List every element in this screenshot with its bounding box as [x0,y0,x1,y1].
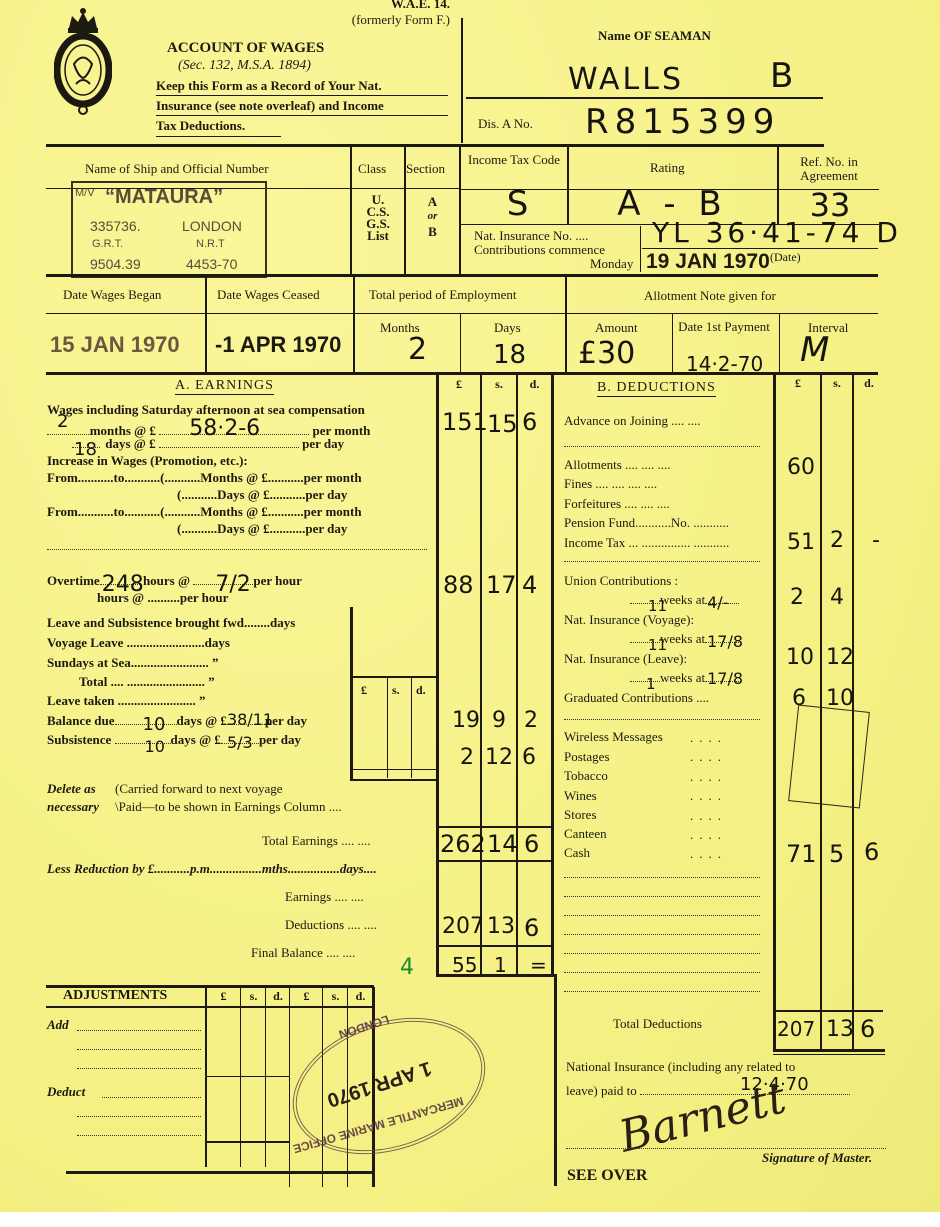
subsistence-pounds[interactable]: 2 [460,745,474,770]
adjustments-title: ADJUSTMENTS [63,988,167,1004]
subsistence-shillings[interactable]: 12 [485,745,513,770]
adj-col-2: s. [242,989,265,1004]
seaman-name-label: Name OF SEAMAN [598,28,711,44]
rating-header: Rating [650,160,685,176]
tax-code-header: Income Tax Code [462,153,566,167]
adjust-add-line-1[interactable] [77,1030,201,1031]
adj-col-3: d. [267,989,289,1004]
adjust-add-line-2[interactable] [77,1049,201,1050]
subsistence-rate[interactable]: 5/3 [227,733,253,752]
ship-port: LONDON [182,218,242,234]
form-code: W.A.E. 14. [345,0,450,12]
overtime-pence[interactable]: 4 [522,571,537,599]
earnings-col-pound: £ [438,377,480,392]
class-options: U.C.S. G.S.List [352,194,404,242]
deductions-pence[interactable]: 6 [524,914,539,942]
date-ceased-header: Date Wages Ceased [217,287,320,303]
earnings-col-shillings: s. [482,377,516,392]
subsistence-label: Subsistence [47,732,111,747]
date-began-header: Date Wages Began [63,287,161,303]
first-payment-header: Date 1st Payment [674,320,774,334]
total-deductions-pounds[interactable]: 207 [777,1017,815,1041]
sundays-at-sea: Sundays at Sea........................ ” [47,655,219,671]
adjust-deduct-line-1[interactable] [102,1097,201,1098]
balance-shillings[interactable]: 9 [492,708,506,733]
leave-col-pence: d. [416,683,426,698]
wage-months-qty[interactable]: 2 [57,411,68,432]
earnings-col-pence: d. [518,377,551,392]
signature-of-master-label: Signature of Master. [762,1150,872,1166]
allotments-pounds[interactable]: 60 [787,455,815,480]
wage-days-text: days @ £ [105,436,155,451]
earnings-subtotal-label: Earnings .... .... [285,889,364,905]
deduction-pension: Pension Fund...........No. ........... [564,515,729,531]
delete-as-label: Delete as [47,781,96,797]
total-deductions-pence[interactable]: 6 [860,1015,875,1043]
overtime-hours-text: hours @ [143,573,190,588]
ni-label-3: Monday [590,256,633,272]
seaman-initial[interactable]: B [770,56,793,96]
months-value[interactable]: 2 [408,332,427,367]
keep-record-line-2: Insurance (see note overleaf) and Income [156,98,384,114]
ni-commence-date[interactable]: 19 JAN 1970 [646,250,770,274]
date-ceased[interactable]: -1 APR 1970 [215,332,341,358]
deduction-income-tax: Income Tax ... ............... .........… [564,535,729,551]
total-earnings-pence[interactable]: 6 [524,830,539,858]
class-header: Class [358,161,386,177]
board-of-trade-crest-icon [54,6,112,116]
cash-pounds[interactable]: 71 [786,840,817,868]
increase-line-2: (...........Days @ £...........per day [177,487,347,503]
necessary-label: necessary [47,799,99,815]
adjust-deduct-line-2[interactable] [77,1116,201,1117]
carried-forward-option: (Carried forward to next voyage [115,781,283,797]
dis-number-label: Dis. A No. [478,116,533,132]
days-value[interactable]: 18 [493,340,526,370]
ni-voyage-label: Nat. Insurance (Voyage): [564,612,694,628]
wage-account-form: W.A.E. 14. (formerly Form F.) ACCOUNT OF… [0,0,940,1212]
subsistence-days[interactable]: 10 [145,737,165,756]
final-balance-label: Final Balance .... .... [251,945,355,961]
deductions-col-pence: d. [854,376,884,391]
deduction-forfeitures: Forfeitures .... .... .... [564,496,670,512]
leave-col-shillings: s. [392,683,400,698]
allotment-header: Allotment Note given for [644,288,776,304]
allotment-amount[interactable]: £30 [578,336,635,371]
union-shillings[interactable]: 4 [830,585,844,610]
ni-voyage-rate[interactable]: 17/8 [707,632,743,651]
balance-due-label: Balance due [47,713,115,728]
ship-official-number: 335736. [90,218,141,234]
deduction-fines: Fines .... .... .... .... [564,476,657,492]
overtime-pounds[interactable]: 88 [443,571,474,599]
total-earnings-shillings[interactable]: 14 [487,830,518,858]
adjust-add-line-3[interactable] [77,1068,201,1069]
adjust-deduct-label: Deduct [47,1084,85,1100]
total-deductions-shillings[interactable]: 13 [826,1017,854,1042]
allotment-interval[interactable]: M [800,330,829,370]
total-earnings-pounds[interactable]: 262 [440,830,486,858]
ship-header: Name of Ship and Official Number [85,161,269,177]
nrt-label: N.R.T [196,238,225,250]
income-tax-pence[interactable]: - [872,528,880,553]
increase-label: Increase in Wages (Promotion, etc.): [47,453,248,469]
wages-pence[interactable]: 6 [522,408,537,436]
total-deductions-label: Total Deductions [613,1016,702,1032]
wages-pounds[interactable]: 151 [442,408,488,436]
grt-value: 9504.39 [90,256,141,272]
less-reduction: Less Reduction by £...........p.m.......… [47,861,377,877]
union-contributions-label: Union Contributions : [564,573,678,589]
misc-canteen: Canteen [564,826,607,842]
date-began[interactable]: 15 JAN 1970 [50,332,180,358]
ni-leave-label: Nat. Insurance (Leave): [564,651,687,667]
total-earnings-label: Total Earnings .... .... [262,833,371,849]
nrt-value: 4453-70 [186,256,237,272]
increase-line-4: (...........Days @ £...........per day [177,521,347,537]
form-formerly: (formerly Form F.) [300,12,450,28]
misc-wireless: Wireless Messages [564,729,663,745]
income-tax-pounds[interactable]: 51 [787,530,815,555]
misc-stores: Stores [564,807,597,823]
deductions-subtotal-label: Deductions .... .... [285,917,377,933]
ref-header: Ref. No. in Agreement [779,155,879,183]
vessel-prefix: M/V [75,187,95,199]
ni-pounds[interactable]: 10 [786,645,814,670]
deductions-col-pound: £ [776,376,820,391]
income-tax-shillings[interactable]: 2 [830,528,844,553]
deductions-title: B. DEDUCTIONS [597,380,716,397]
keep-record-line-3: Tax Deductions. [156,118,245,134]
section-header: Section [406,161,445,177]
earnings-title: A. EARNINGS [175,378,274,395]
deductions-shillings[interactable]: 13 [487,914,515,939]
period-header: Total period of Employment [369,287,516,303]
per-hour-text: per hour [253,573,302,588]
form-title: ACCOUNT OF WAGES [167,40,324,57]
adj-col-6: d. [349,989,372,1004]
receipt-stamp-box [788,705,870,809]
adj-col-4: £ [291,989,322,1004]
amount-header: Amount [595,320,638,336]
form-section-ref: (Sec. 132, M.S.A. 1894) [178,58,311,74]
misc-wines: Wines [564,788,597,804]
subsistence-pence[interactable]: 6 [522,745,536,770]
overtime-line-2: hours @ ..........per hour [97,590,228,606]
see-over: SEE OVER [567,1167,647,1185]
deductions-col-shillings: s. [822,376,852,391]
ni-shillings[interactable]: 12 [826,645,854,670]
subsistence-per-day: per day [259,732,301,747]
increase-line-3: From...........to...........(...........… [47,504,362,520]
misc-postages: Postages [564,749,610,765]
seaman-surname[interactable]: WALLS [568,62,684,97]
union-pounds[interactable]: 2 [790,585,804,610]
balance-days-at: days @ £ [177,713,227,728]
deduction-allotments: Allotments .... .... .... [564,457,671,473]
paid-option: \Paid—to be shown in Earnings Column ...… [115,799,342,815]
union-rate[interactable]: 4/- [707,593,728,612]
ni-date-label: (Date) [770,250,801,265]
dis-number[interactable]: R815399 [585,102,780,142]
increase-line-1: From...........to...........(...........… [47,470,362,486]
cash-shillings[interactable]: 5 [829,840,844,868]
balance-rate[interactable]: 38/11 [227,710,273,729]
leave-total: Total .... ........................ ” [79,674,215,690]
misc-cash: Cash [564,845,590,861]
misc-tobacco: Tobacco [564,768,608,784]
leave-col-pound: £ [361,683,367,698]
cash-pence[interactable]: 6 [864,838,879,866]
less-reduction-text: Less Reduction by £...........p.m.......… [47,861,377,876]
ship-name: “MATAURA” [105,186,223,209]
per-day-text: per day [302,436,344,451]
ni-label-2: Contributions commence [474,242,605,258]
deduction-advance: Advance on Joining .... .... [564,413,700,429]
overtime-shillings[interactable]: 17 [486,571,517,599]
ni-paid-line-2: leave) paid to [566,1083,637,1098]
section-options: Aor B [406,194,459,239]
ni-paid-line-1: National Insurance (including any relate… [566,1059,795,1075]
adjust-add-label: Add [47,1017,69,1033]
voyage-leave: Voyage Leave ........................day… [47,635,230,651]
leave-taken: Leave taken ........................ ” [47,693,206,709]
green-check-mark: 4 [400,955,414,980]
wages-shillings[interactable]: 15 [487,410,518,438]
overtime-label: Overtime [47,573,100,588]
graduated-contributions-label: Graduated Contributions .... [564,690,709,706]
adj-col-5: s. [324,989,347,1004]
balance-pounds[interactable]: 19 [452,708,480,733]
misc-dots: ............................ [690,728,760,864]
adjust-deduct-line-3[interactable] [77,1135,201,1136]
subsistence-days-at: days @ £ [171,732,221,747]
ni-leave-weeks-at: weeks at [660,670,705,685]
tax-code-value[interactable]: S [470,184,565,224]
balance-pence[interactable]: 2 [524,708,538,733]
leave-brought-forward: Leave and Subsistence brought fwd.......… [47,615,295,631]
keep-record-line-1: Keep this Form as a Record of Your Nat. [156,78,382,94]
ni-number[interactable]: YL 36·41-74 D [652,216,902,249]
ni-leave-rate[interactable]: 17/8 [707,669,743,688]
grt-label: G.R.T. [92,238,123,250]
days-header: Days [494,320,521,336]
deductions-pounds[interactable]: 207 [442,914,484,939]
adj-col-1: £ [207,989,240,1004]
